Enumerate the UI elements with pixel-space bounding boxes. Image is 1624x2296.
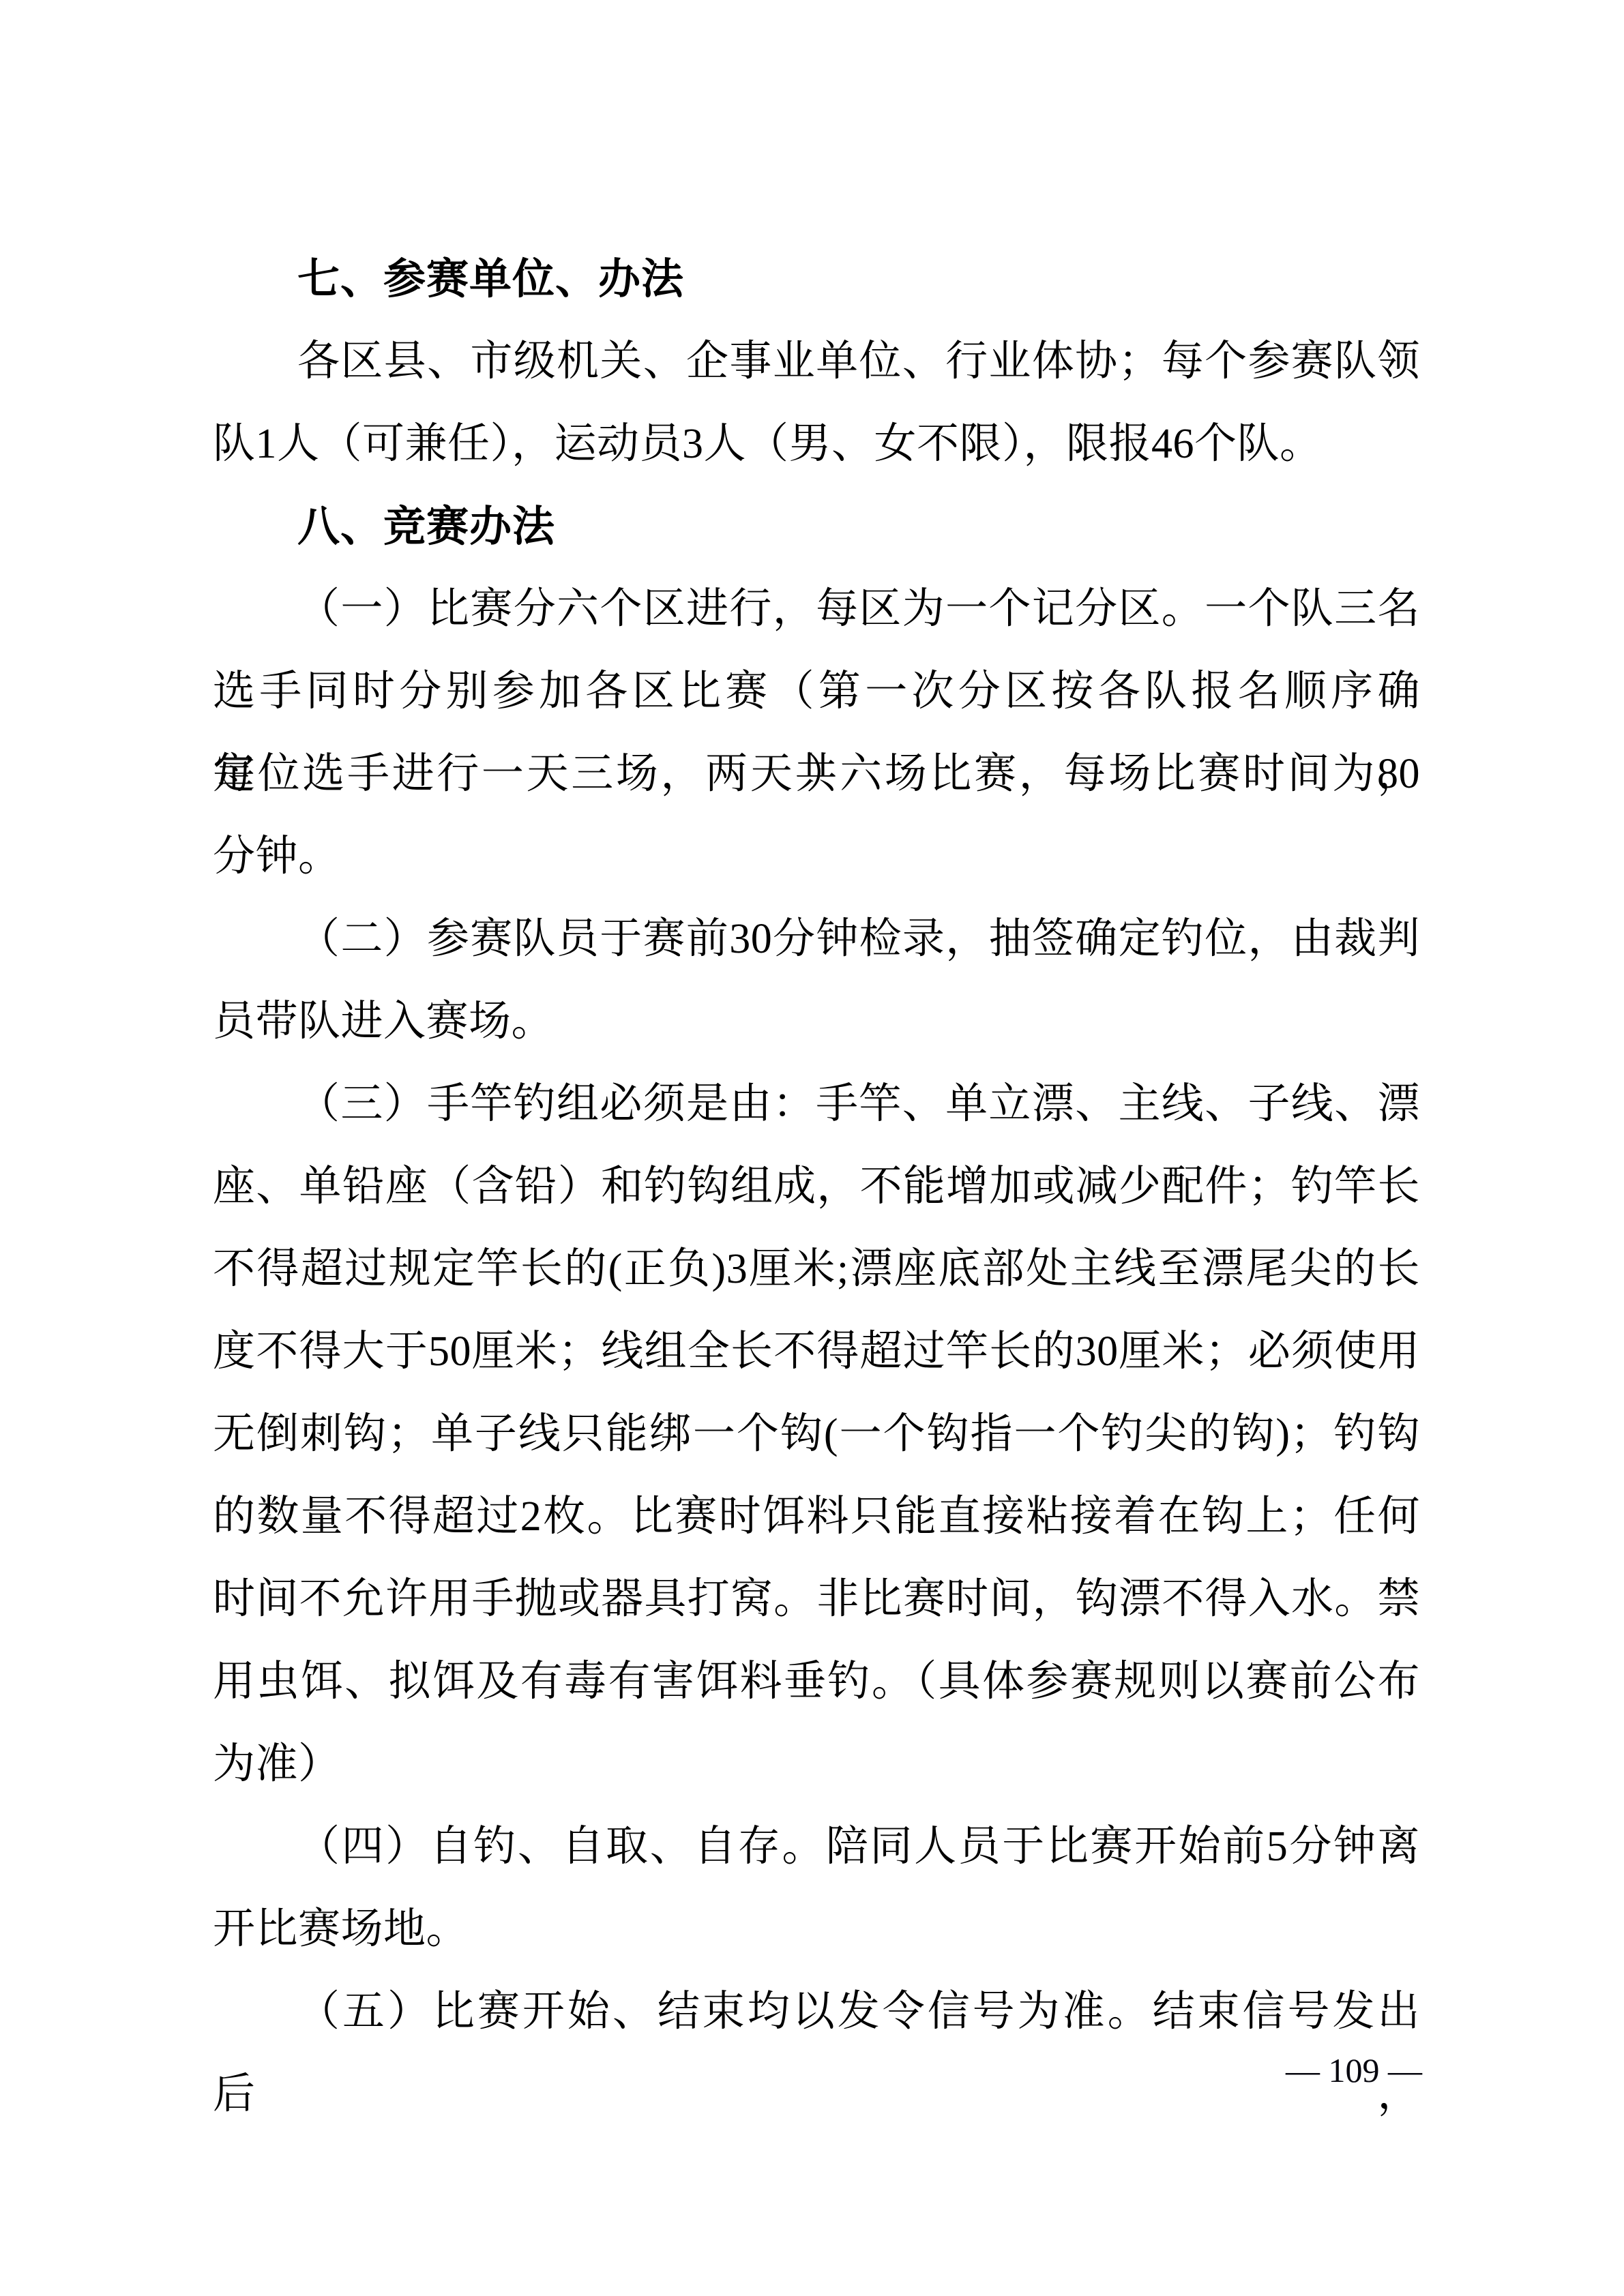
- text-line: （五）比赛开始、结束均以发令信号为准。结束信号发出后，: [213, 1971, 1420, 2053]
- text-line: 座、单铅座（含铅）和钓钩组成，不能增加或减少配件；钓竿长: [213, 1146, 1420, 1228]
- text-line: 每位选手进行一天三场，两天共六场比赛，每场比赛时间为80: [213, 733, 1420, 816]
- text-line: （三）手竿钓组必须是由：手竿、单立漂、主线、子线、漂: [213, 1063, 1420, 1146]
- section-heading-7: 七、参赛单位、办法: [213, 238, 1420, 320]
- text-line: 员带队进入赛场。: [213, 981, 1420, 1063]
- text-line: 分钟。: [213, 816, 1420, 898]
- text-line: 时间不允许用手抛或器具打窝。非比赛时间，钩漂不得入水。禁: [213, 1558, 1420, 1641]
- text-line: （一）比赛分六个区进行，每区为一个记分区。一个队三名: [213, 568, 1420, 651]
- text-line: 选手同时分别参加各区比赛（第一次分区按各队报名顺序确定），: [213, 651, 1420, 733]
- text-line: 无倒刺钩；单子线只能绑一个钩(一个钩指一个钓尖的钩)；钓钩: [213, 1393, 1420, 1476]
- text-line: （二）参赛队员于赛前30分钟检录，抽签确定钓位，由裁判: [213, 898, 1420, 981]
- text-line: 不得超过规定竿长的(正负)3厘米;漂座底部处主线至漂尾尖的长: [213, 1228, 1420, 1311]
- text-line: 开比赛场地。: [213, 1888, 1420, 1971]
- page-number: — 109 —: [1286, 2049, 1422, 2091]
- section-heading-8: 八、竞赛办法: [213, 486, 1420, 568]
- text-line: （四）自钓、自取、自存。陪同人员于比赛开始前5分钟离: [213, 1806, 1420, 1888]
- text-line: 用虫饵、拟饵及有毒有害饵料垂钓。（具体参赛规则以赛前公布: [213, 1641, 1420, 1723]
- text-line: 各区县、市级机关、企事业单位、行业体协；每个参赛队领: [213, 320, 1420, 403]
- text-line: 度不得大于50厘米；线组全长不得超过竿长的30厘米；必须使用: [213, 1311, 1420, 1393]
- text-line: 的数量不得超过2枚。比赛时饵料只能直接粘接着在钩上；任何: [213, 1476, 1420, 1558]
- text-line: 为准）: [213, 1723, 1420, 1806]
- document-text-block: 七、参赛单位、办法 各区县、市级机关、企事业单位、行业体协；每个参赛队领 队1人…: [213, 238, 1420, 2053]
- document-page: 七、参赛单位、办法 各区县、市级机关、企事业单位、行业体协；每个参赛队领 队1人…: [0, 0, 1624, 2296]
- text-line: 队1人（可兼任），运动员3人（男、女不限），限报46个队。: [213, 403, 1420, 486]
